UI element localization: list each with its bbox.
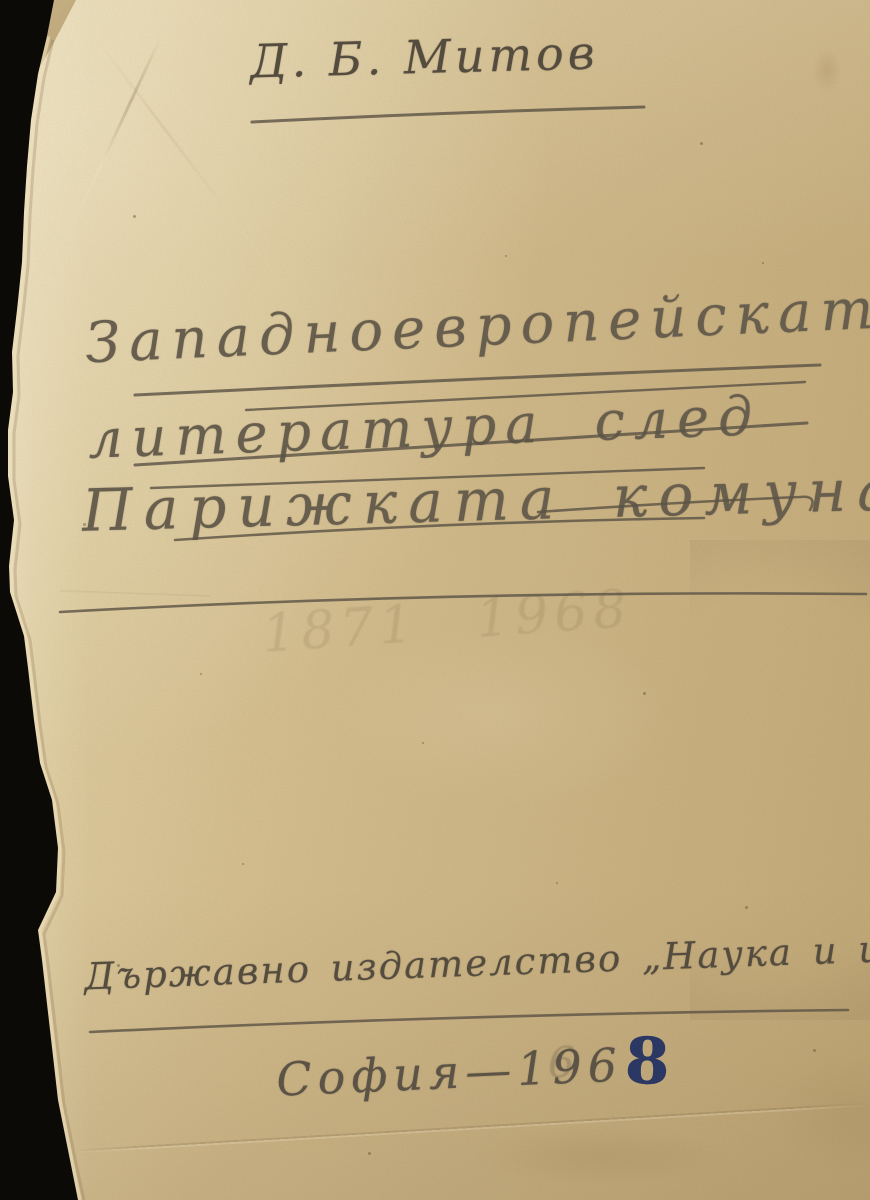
author-line: Д. Б. Митов — [249, 25, 599, 88]
paper-stain — [775, 1055, 870, 1175]
paper-crease — [66, 1102, 870, 1154]
paper-stain — [812, 48, 842, 92]
paper-speck — [700, 142, 703, 145]
erased-year-start: 1871 — [260, 594, 420, 665]
place-year-pencil: София—196 — [275, 1038, 624, 1107]
folded-corner — [0, 0, 110, 110]
paper-speck — [745, 906, 748, 909]
paper-speck — [813, 1049, 816, 1052]
paper-speck — [200, 673, 202, 675]
paper-speck — [368, 1152, 371, 1155]
scanned-page: Д. Б. Митов Западноевропейската литерату… — [0, 0, 870, 1200]
paper-speck — [242, 863, 244, 865]
title-line-3: Парижката комуна — [81, 455, 870, 544]
paper-speck — [556, 882, 558, 884]
year-last-digit-ink: 8 — [624, 1024, 676, 1100]
title-line-1: Западноевропейската — [84, 275, 870, 377]
place-year-line: София—1968 — [275, 1019, 677, 1111]
paper-sheet: Д. Б. Митов Западноевропейската литерату… — [0, 0, 870, 1200]
paper-speck — [505, 255, 507, 257]
paper-stain — [470, 1125, 730, 1187]
title-line-2: литература след — [87, 384, 762, 470]
author-underline — [252, 107, 644, 122]
paper-speck — [133, 215, 136, 218]
erased-year-end: 1968 — [474, 579, 634, 650]
paper-speck — [422, 742, 424, 744]
paper-crease — [60, 590, 210, 598]
paper-crease — [61, 37, 162, 249]
paper-speck — [643, 692, 646, 695]
paper-speck — [762, 262, 764, 264]
